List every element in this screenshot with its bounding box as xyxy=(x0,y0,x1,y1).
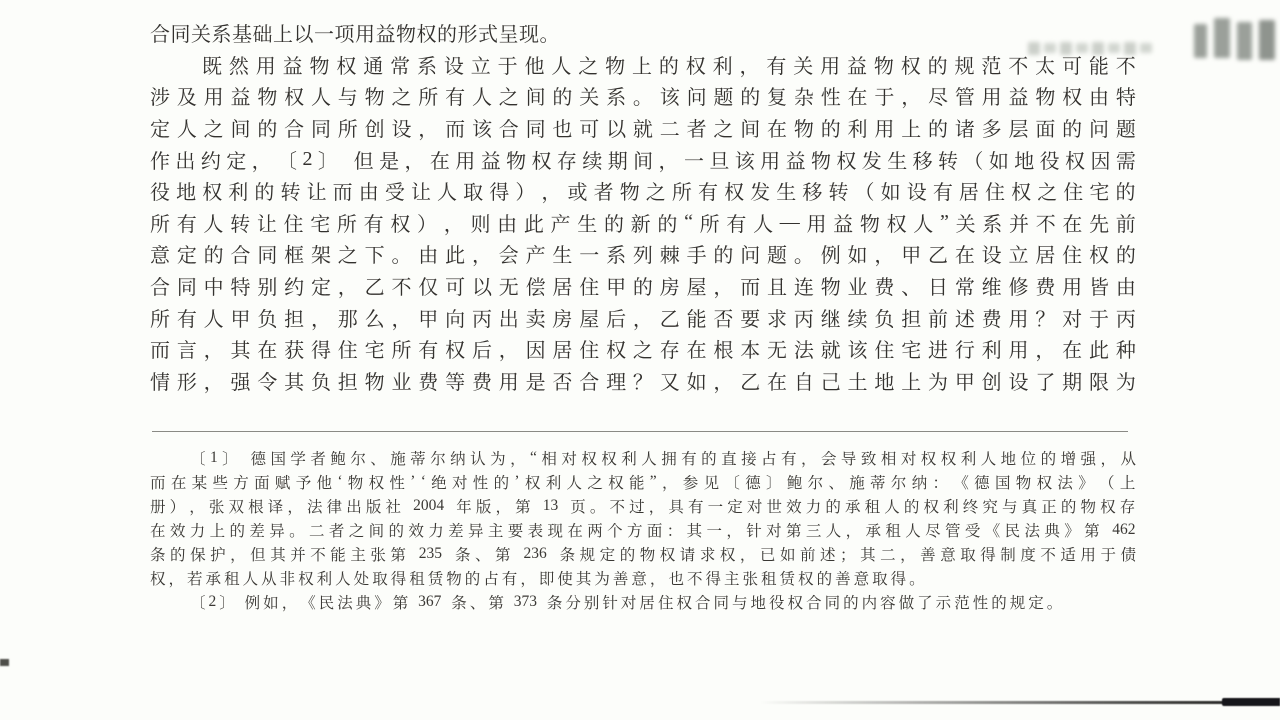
text-glyph: 同 xyxy=(177,271,197,300)
text-glyph: 的 xyxy=(1115,176,1135,205)
text-glyph: 法 xyxy=(1025,519,1041,541)
text-glyph: 转 xyxy=(280,176,300,205)
text-glyph: 方 xyxy=(627,519,643,541)
text-glyph: 在 xyxy=(767,113,787,142)
text-glyph: 的 xyxy=(204,239,224,268)
text-glyph: 针 xyxy=(746,519,762,541)
text-glyph: 第 xyxy=(786,519,802,541)
text-glyph: 对 xyxy=(452,471,468,493)
text-glyph: 的 xyxy=(437,18,457,47)
text-glyph xyxy=(405,497,409,515)
text-glyph: 合 xyxy=(150,18,170,47)
text-glyph: 他 xyxy=(317,471,333,493)
text-glyph: 前 xyxy=(928,303,948,332)
text-glyph: 是 xyxy=(379,145,399,174)
text-glyph: 即 xyxy=(539,567,555,589)
text-glyph: 若 xyxy=(187,567,203,589)
text-glyph: 物 xyxy=(821,271,841,300)
text-glyph: 强 xyxy=(1081,447,1097,469)
text-glyph: 无 xyxy=(499,271,519,300)
footnote-line: 册），张双根译，法律出版社 2004 年版，第 13 页。不过，具有一定对世效力… xyxy=(150,494,1136,518)
text-glyph: 与 xyxy=(1002,495,1018,517)
text-glyph: 利 xyxy=(546,471,562,493)
text-glyph: 上 xyxy=(901,366,921,395)
text-glyph: 下 xyxy=(365,239,385,268)
text-glyph: 求 xyxy=(700,543,716,565)
text-glyph: 并 xyxy=(290,543,306,565)
footnote-line: 权，若承租人从非权利人处取得租赁物的占有，即使其为善意，也不得主张租赁权的善意取… xyxy=(150,566,1136,590)
text-glyph: 所 xyxy=(338,113,358,142)
text-glyph: 费 xyxy=(418,366,438,395)
text-glyph: （ xyxy=(855,176,875,205)
text-glyph: 租 xyxy=(865,495,881,517)
text-glyph: 见 xyxy=(704,471,720,493)
text-glyph: 乙 xyxy=(660,303,680,332)
text-glyph: 不 xyxy=(1116,50,1136,79)
text-glyph: 〕 xyxy=(318,145,338,174)
text-glyph: “ xyxy=(684,211,693,234)
text-glyph: 性 xyxy=(973,591,989,613)
text-glyph: 作 xyxy=(150,145,170,174)
text-glyph: 间 xyxy=(369,519,385,541)
text-glyph: 有 xyxy=(933,176,953,205)
text-glyph: 益 xyxy=(847,50,867,79)
text-glyph: 权 xyxy=(606,334,626,363)
text-glyph: 物 xyxy=(1016,471,1032,493)
text-glyph: 不 xyxy=(1036,208,1056,237)
text-glyph: ， xyxy=(1101,447,1117,469)
text-glyph: 主 xyxy=(724,567,740,589)
text-glyph: 意 xyxy=(940,543,956,565)
text-glyph: 设 xyxy=(444,50,464,79)
text-glyph: 不 xyxy=(1008,50,1028,79)
text-glyph: 让 xyxy=(257,208,277,237)
text-glyph: ， xyxy=(874,239,894,268)
text-glyph: 法 xyxy=(1057,471,1073,493)
text-glyph: ” xyxy=(940,211,949,234)
text-glyph: ： xyxy=(933,471,949,493)
text-glyph: 者 xyxy=(594,176,614,205)
text-glyph: 用 xyxy=(1080,543,1096,565)
text-glyph: 该 xyxy=(472,113,492,142)
text-glyph: 发 xyxy=(750,176,770,205)
text-glyph: 其 xyxy=(270,543,286,565)
text-glyph: 生 xyxy=(552,239,572,268)
text-glyph: 定 xyxy=(600,543,616,565)
text-glyph: 236 xyxy=(523,545,546,563)
text-glyph: 屋 xyxy=(579,303,599,332)
text-glyph: 不 xyxy=(310,543,326,565)
text-glyph: 以 xyxy=(606,113,626,142)
text-glyph: 间 xyxy=(740,113,760,142)
text-glyph: 人 xyxy=(641,447,657,469)
text-glyph: 多 xyxy=(982,113,1002,142)
text-glyph: 现 xyxy=(519,18,539,47)
text-glyph: 物 xyxy=(1081,495,1097,517)
text-glyph: 者 xyxy=(687,113,707,142)
text-glyph: 由 xyxy=(418,239,438,268)
text-glyph: 仅 xyxy=(418,271,438,300)
text-glyph: 尔 xyxy=(891,471,907,493)
text-glyph: 的 xyxy=(257,113,277,142)
text-glyph: 人 xyxy=(472,81,492,110)
text-glyph: 面 xyxy=(1035,113,1055,142)
text-glyph: 权 xyxy=(724,176,744,205)
text-glyph: 也 xyxy=(552,113,572,142)
text-glyph: 做 xyxy=(899,591,915,613)
text-glyph: 权 xyxy=(924,495,940,517)
text-glyph: 又 xyxy=(660,366,680,395)
text-glyph: 占 xyxy=(761,447,777,469)
text-glyph: 在 xyxy=(171,471,187,493)
text-glyph: 间 xyxy=(230,113,250,142)
text-glyph: 后 xyxy=(606,303,626,332)
text-glyph: 得 xyxy=(891,567,907,589)
text-glyph: 房 xyxy=(660,271,680,300)
text-glyph: 物 xyxy=(365,81,385,110)
text-glyph: 取 xyxy=(372,567,388,589)
text-glyph: 民 xyxy=(319,591,335,613)
text-glyph: 用 xyxy=(874,113,894,142)
text-glyph: 物 xyxy=(396,18,416,47)
text-glyph: 合 xyxy=(695,591,711,613)
text-glyph: 屋 xyxy=(687,271,707,300)
text-glyph: 民 xyxy=(1005,519,1021,541)
text-glyph: 架 xyxy=(311,239,331,268)
watermark-logo-glyph xyxy=(1214,18,1230,58)
text-glyph: 不 xyxy=(687,567,703,589)
text-glyph: 赋 xyxy=(275,471,291,493)
text-glyph: 有 xyxy=(698,176,718,205)
text-glyph: 235 xyxy=(419,545,442,563)
text-glyph: 能 xyxy=(1089,50,1109,79)
body-line: 情形，强令其负担物业费等费用是否合理？又如，乙在自己土地上为甲创设了期限为 xyxy=(150,365,1136,397)
text-glyph: 所 xyxy=(700,208,720,237)
text-glyph: 其 xyxy=(284,366,304,395)
text-glyph: 承 xyxy=(866,519,882,541)
text-glyph: ， xyxy=(282,591,298,613)
page-edge-shadow xyxy=(760,701,1225,704)
text-glyph: 有 xyxy=(177,303,197,332)
text-glyph: 处 xyxy=(354,567,370,589)
text-glyph: 不 xyxy=(610,495,626,517)
body-line: 意定的合同框架之下。由此，会产生一系列棘手的问题。例如，甲乙在设立居住权的 xyxy=(150,238,1136,270)
text-glyph: 就 xyxy=(821,334,841,363)
text-glyph: 甲 xyxy=(955,366,975,395)
text-glyph: 。 xyxy=(909,567,925,589)
text-glyph: 如 xyxy=(881,176,901,205)
text-glyph: 13 xyxy=(543,497,559,515)
text-glyph: 了 xyxy=(1035,366,1055,395)
text-glyph: 正 xyxy=(1041,495,1057,517)
text-glyph: 示 xyxy=(936,591,952,613)
text-glyph: 赁 xyxy=(428,567,444,589)
text-glyph: 土 xyxy=(848,366,868,395)
text-glyph: 权 xyxy=(284,81,304,110)
text-glyph: 立 xyxy=(1009,239,1029,268)
text-glyph: 适 xyxy=(1060,543,1076,565)
text-glyph: ， xyxy=(713,271,733,300)
text-glyph: 费 xyxy=(874,271,894,300)
text-glyph: “ xyxy=(530,449,537,467)
text-glyph: 权 xyxy=(901,50,921,79)
text-glyph: 担 xyxy=(901,303,921,332)
watermark-logo-glyph xyxy=(1237,22,1252,60)
text-glyph: 之 xyxy=(713,113,733,142)
text-glyph: 占 xyxy=(483,567,499,589)
text-glyph: 业 xyxy=(391,366,411,395)
text-glyph: 得 xyxy=(705,567,721,589)
text-glyph: 张 xyxy=(209,495,225,517)
text-glyph: 用 xyxy=(1009,303,1029,332)
text-glyph: ） xyxy=(170,495,186,517)
text-glyph: 《 xyxy=(300,591,316,613)
text-glyph: 上 xyxy=(901,113,921,142)
text-glyph: 绝 xyxy=(431,471,447,493)
text-glyph: 约 xyxy=(201,145,221,174)
text-glyph: 于 xyxy=(874,81,894,110)
text-glyph: 在 xyxy=(567,519,583,541)
text-glyph: 《 xyxy=(985,519,1001,541)
text-glyph: 些 xyxy=(212,471,228,493)
text-glyph: 且 xyxy=(767,271,787,300)
text-glyph: 物 xyxy=(310,50,330,79)
text-glyph: 定 xyxy=(1028,591,1044,613)
text-glyph: 所 xyxy=(337,208,357,237)
text-glyph: 由 xyxy=(1116,271,1136,300)
text-glyph: 益 xyxy=(1009,81,1029,110)
text-glyph: 规 xyxy=(580,543,596,565)
text-glyph: 者 xyxy=(329,519,345,541)
text-glyph: 在 xyxy=(848,81,868,110)
text-glyph: 于 xyxy=(1100,543,1116,565)
text-glyph: 行 xyxy=(955,334,975,363)
text-glyph: 常 xyxy=(955,271,975,300)
text-glyph: 容 xyxy=(880,591,896,613)
text-glyph: ， xyxy=(189,495,205,517)
body-line: 作出约定，〔2〕 但是，在用益物权存续期间，一旦该用益物权发生移转（如地役权因需 xyxy=(150,143,1136,175)
text-glyph: 效 xyxy=(170,519,186,541)
text-glyph: 的 xyxy=(1062,113,1082,142)
footnote-line: 而在某些方面赋予他‘物权性’‘绝对性的’权利人之权能”，参见〔德〕鲍尔、施蒂尔纳… xyxy=(150,470,1136,494)
text-glyph: 问 xyxy=(740,239,760,268)
text-glyph: 复 xyxy=(767,81,787,110)
text-glyph: 力 xyxy=(428,519,444,541)
text-glyph: 条 xyxy=(547,591,563,613)
text-glyph: 此 xyxy=(1089,334,1109,363)
text-glyph: 权 xyxy=(887,208,907,237)
text-glyph: 求 xyxy=(767,303,787,332)
text-glyph: 地 xyxy=(1001,447,1017,469)
text-glyph: 权 xyxy=(150,567,166,589)
text-glyph: 第 xyxy=(393,591,409,613)
text-glyph: 租 xyxy=(761,567,777,589)
text-glyph: 人 xyxy=(753,208,773,237)
watermark-logo xyxy=(1192,16,1280,62)
text-glyph: 定 xyxy=(150,113,170,142)
body-line: 合同中特别约定，乙不仅可以无偿居住甲的房屋，而且连物业费、日常维修费用皆由 xyxy=(150,270,1136,302)
text-glyph: 人 xyxy=(243,567,259,589)
text-glyph: 制 xyxy=(1000,543,1016,565)
text-glyph: 性 xyxy=(389,471,405,493)
text-glyph: 住 xyxy=(579,334,599,363)
body-line: 所有人转让住宅所有权），则由此产生的新的“所有人—用益物权人”关系并不在先前 xyxy=(150,207,1136,239)
text-glyph: 物 xyxy=(506,145,526,174)
text-glyph: 居 xyxy=(959,176,979,205)
text-glyph: 移 xyxy=(802,176,822,205)
text-glyph: 生 xyxy=(887,145,907,174)
text-glyph: ‘ xyxy=(421,473,426,491)
footnote-line: 在效力上的差异。二者之间的效力差异主要表现在两个方面：其一，针对第三人，承租人尽… xyxy=(150,518,1136,542)
text-glyph: 能 xyxy=(629,471,645,493)
text-glyph: 否 xyxy=(552,366,572,395)
text-glyph: 规 xyxy=(955,50,975,79)
text-glyph: 出 xyxy=(499,303,519,332)
text-glyph: 之 xyxy=(1037,176,1057,205)
text-glyph xyxy=(238,593,242,611)
text-glyph xyxy=(1104,521,1108,539)
text-glyph: 国 xyxy=(995,471,1011,493)
text-glyph: 承 xyxy=(845,495,861,517)
text-glyph: 、 xyxy=(901,271,921,300)
text-glyph: 蒂 xyxy=(870,471,886,493)
text-glyph: 从 xyxy=(261,567,277,589)
text-glyph: 取 xyxy=(872,567,888,589)
text-glyph: ， xyxy=(633,303,653,332)
text-glyph: 位 xyxy=(1021,447,1037,469)
text-glyph: 而 xyxy=(445,113,465,142)
text-glyph: 373 xyxy=(514,593,537,611)
text-glyph: 物 xyxy=(348,471,364,493)
text-glyph: 。 xyxy=(590,495,606,517)
text-glyph: 础 xyxy=(253,18,273,47)
text-glyph: 形 xyxy=(177,366,197,395)
text-glyph: 其 xyxy=(687,519,703,541)
text-glyph: 移 xyxy=(913,145,933,174)
text-glyph: 间 xyxy=(526,81,546,110)
text-glyph: 获 xyxy=(284,334,304,363)
text-glyph: 的 xyxy=(843,591,859,613)
text-glyph: 由 xyxy=(497,208,517,237)
text-glyph: 学 xyxy=(290,447,306,469)
text-glyph: 前 xyxy=(1116,208,1136,237)
text-glyph: 。 xyxy=(1047,591,1063,613)
text-glyph: 定 xyxy=(311,271,331,300)
text-glyph: 列 xyxy=(633,239,653,268)
text-glyph: 宅 xyxy=(1089,176,1109,205)
text-glyph: 受 xyxy=(385,176,405,205)
text-glyph: 系 xyxy=(982,208,1002,237)
text-glyph: ， xyxy=(404,145,424,174)
text-glyph: 所 xyxy=(150,208,170,237)
text-glyph: 一 xyxy=(707,519,723,541)
text-glyph: 性 xyxy=(473,471,489,493)
text-glyph: 合 xyxy=(150,271,170,300)
text-glyph: ， xyxy=(338,271,358,300)
text-glyph: 关 xyxy=(793,50,813,79)
text-glyph: 》 xyxy=(1064,519,1080,541)
text-glyph: 令 xyxy=(257,366,277,395)
text-glyph: 权 xyxy=(390,208,410,237)
body-line: 役地权利的转让而由受让人取得），或者物之所有权发生移转（如设有居住权之住宅的 xyxy=(150,175,1136,207)
text-glyph: 。 xyxy=(289,519,305,541)
text-glyph: 乙 xyxy=(928,239,948,268)
text-glyph: 物 xyxy=(365,366,385,395)
text-glyph: ， xyxy=(740,50,760,79)
text-glyph: 的 xyxy=(633,271,653,300)
text-glyph: 权 xyxy=(1065,145,1085,174)
text-glyph: 该 xyxy=(735,145,755,174)
scanned-document-page: 合同关系基础上以一项用益物权的形式呈现。既然用益物权通常系设立于他人之物上的权利… xyxy=(0,0,1280,720)
text-glyph: 物 xyxy=(860,208,880,237)
text-glyph: 2004 xyxy=(413,497,444,515)
text-glyph: 权 xyxy=(660,543,676,565)
text-glyph: 物 xyxy=(640,543,656,565)
text-glyph: 某 xyxy=(192,471,208,493)
text-glyph: 住 xyxy=(1062,239,1082,268)
text-glyph: 的 xyxy=(230,519,246,541)
text-glyph: ， xyxy=(499,334,519,363)
text-glyph: 他 xyxy=(525,50,545,79)
text-glyph: 取 xyxy=(960,543,976,565)
text-glyph: 住 xyxy=(338,334,358,363)
text-glyph: 人 xyxy=(335,567,351,589)
text-glyph: 表 xyxy=(528,519,544,541)
text-glyph: 权 xyxy=(686,50,706,79)
text-glyph: 对 xyxy=(561,447,577,469)
watermark-glyph xyxy=(1140,43,1152,53)
text-glyph: 上 xyxy=(210,519,226,541)
text-glyph: 导 xyxy=(841,447,857,469)
text-glyph: 进 xyxy=(928,334,948,363)
text-glyph: 页 xyxy=(570,495,586,517)
text-glyph: 尔 xyxy=(808,471,824,493)
text-glyph: ， xyxy=(204,366,224,395)
text-glyph: 善 xyxy=(613,567,629,589)
body-text: 合同关系基础上以一项用益物权的形式呈现。既然用益物权通常系设立于他人之物上的权利… xyxy=(150,17,1136,396)
text-glyph: 期 xyxy=(1062,366,1082,395)
text-glyph: 的 xyxy=(904,495,920,517)
text-glyph: 非 xyxy=(280,567,296,589)
text-glyph: 与 xyxy=(338,81,358,110)
text-glyph: 如 xyxy=(263,591,279,613)
text-glyph: 人 xyxy=(981,447,997,469)
text-glyph: 的 xyxy=(494,471,510,493)
text-glyph: 面 xyxy=(647,519,663,541)
text-glyph: ， xyxy=(418,113,438,142)
text-glyph: ， xyxy=(649,495,665,517)
text-glyph: 设 xyxy=(391,113,411,142)
text-glyph: 〔 xyxy=(190,447,206,469)
text-glyph: 人 xyxy=(884,495,900,517)
text-glyph: 2 xyxy=(302,148,312,171)
text-glyph: 费 xyxy=(982,303,1002,332)
text-glyph: 张 xyxy=(370,543,386,565)
text-glyph: 租 xyxy=(409,567,425,589)
text-glyph: 让 xyxy=(307,176,327,205)
text-glyph: ， xyxy=(169,567,185,589)
text-glyph: 二 xyxy=(880,543,896,565)
text-glyph: 续 xyxy=(848,303,868,332)
text-glyph: 国 xyxy=(270,447,286,469)
text-glyph: 系 xyxy=(606,239,626,268)
text-glyph: 太 xyxy=(1035,50,1055,79)
text-glyph: 存 xyxy=(557,145,577,174)
text-glyph: 、 xyxy=(475,543,491,565)
text-glyph: 权 xyxy=(798,567,814,589)
text-glyph: 前 xyxy=(800,543,816,565)
text-glyph: 参 xyxy=(683,471,699,493)
